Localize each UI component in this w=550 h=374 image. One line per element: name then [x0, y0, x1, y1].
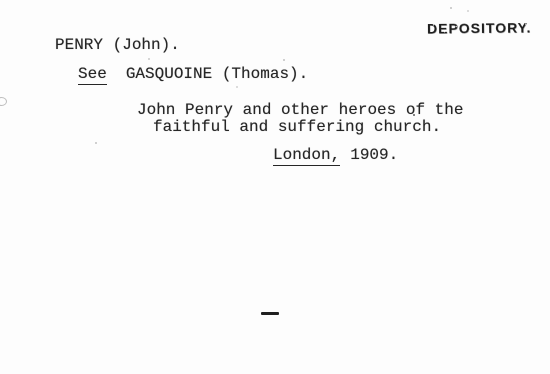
- paper-speck: [148, 58, 150, 60]
- see-reference-target: GASQUOINE (Thomas).: [126, 65, 308, 83]
- see-label: See: [78, 65, 107, 85]
- library-catalog-card: DEPOSITORY. PENRY (John). SeeGASQUOINE (…: [0, 0, 550, 374]
- paper-speck: [236, 86, 238, 88]
- imprint-place: London,: [273, 146, 340, 166]
- heading-entry: PENRY (John).: [55, 37, 180, 53]
- paper-speck: [283, 59, 285, 61]
- paper-speck: [450, 7, 452, 9]
- imprint-line: London,1909.: [273, 147, 398, 163]
- punch-hole-mark: [0, 97, 7, 106]
- depository-stamp: DEPOSITORY.: [427, 20, 532, 35]
- imprint-date: 1909.: [350, 146, 398, 164]
- paper-speck: [467, 10, 469, 12]
- paper-speck: [413, 114, 415, 116]
- typed-dash: [261, 312, 279, 315]
- paper-speck: [95, 142, 97, 144]
- title-line-2: faithful and suffering church.: [153, 119, 441, 135]
- see-reference-line: SeeGASQUOINE (Thomas).: [78, 66, 308, 82]
